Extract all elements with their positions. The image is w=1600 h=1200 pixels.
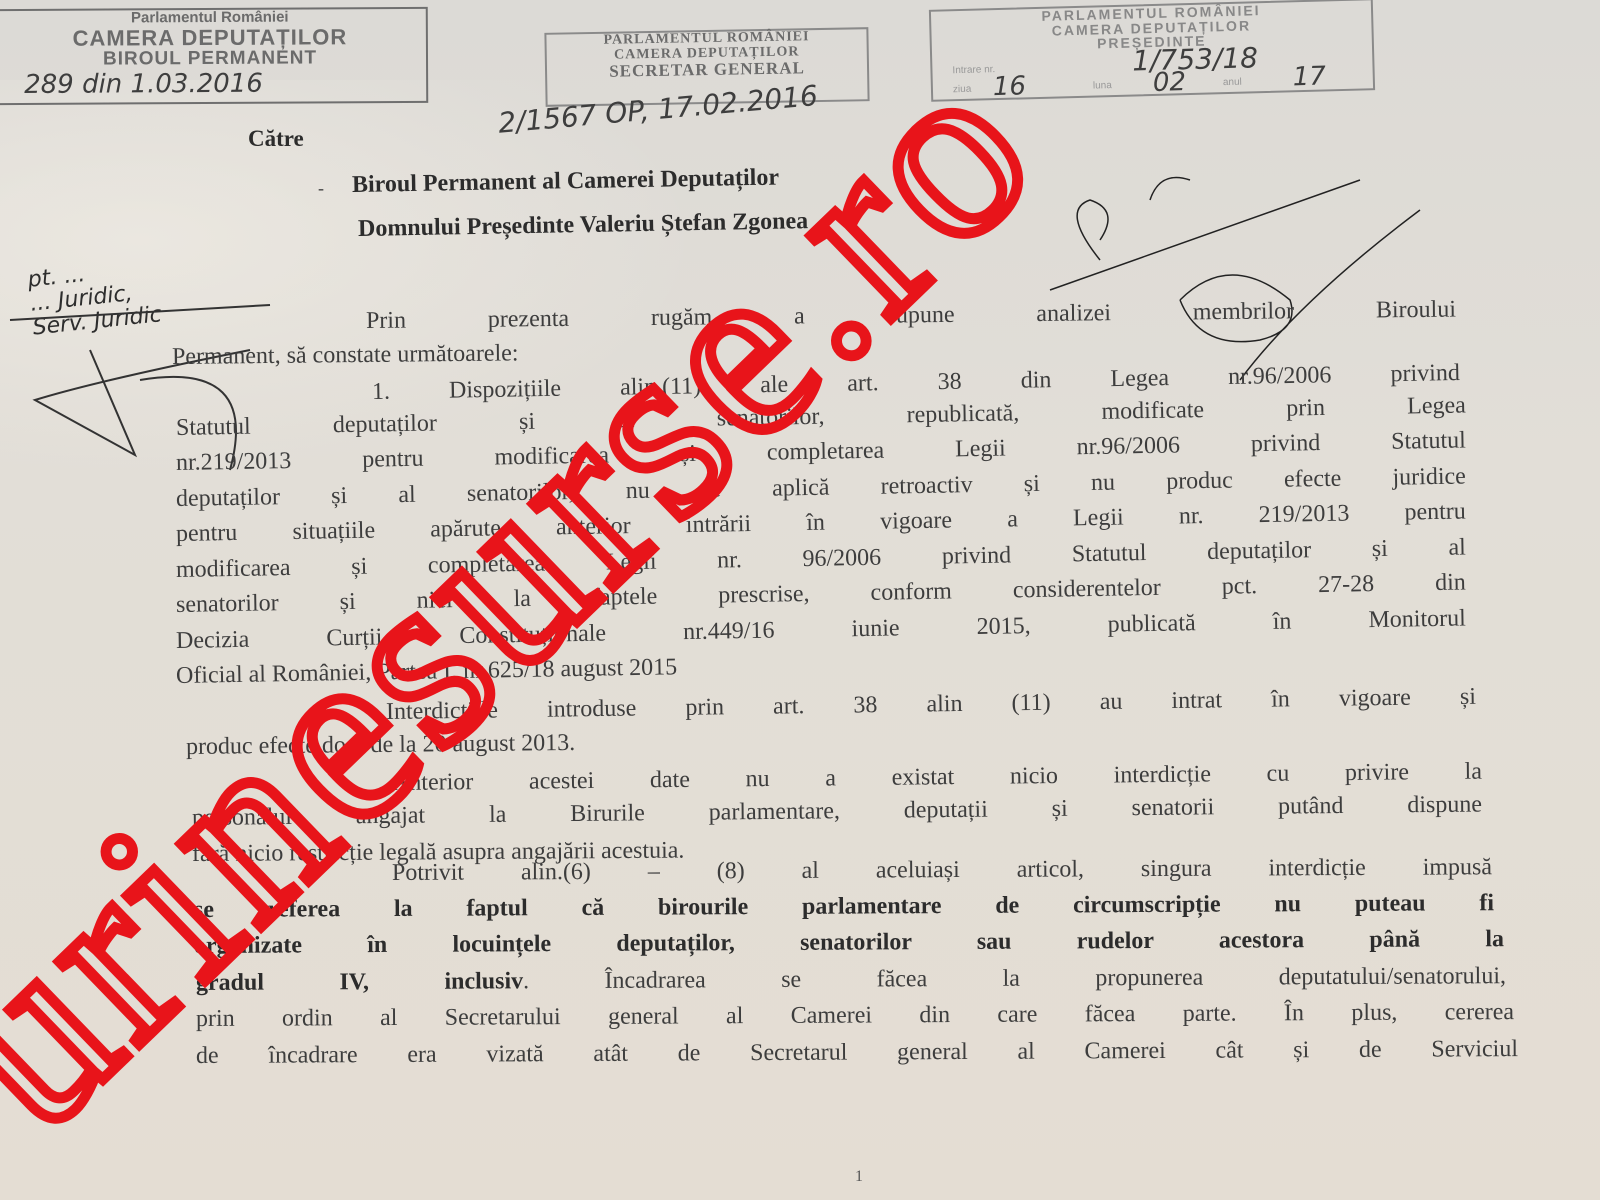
text: prin ordin al Secretarului general al Ca… [196, 999, 1514, 1032]
document-photo: Parlamentul României CAMERA DEPUTAȚILOR … [0, 0, 1600, 1200]
text: . Încadrarea se făcea la propunerea depu… [523, 963, 1506, 994]
body-text-line: Permanent, să constate următoarele: [172, 340, 519, 371]
body-text-line: Potrivit alin.(6) – (8) al aceluiași art… [392, 854, 1492, 887]
bold-text: organizate în locuințele deputaților, se… [194, 926, 1504, 959]
text: Potrivit alin.(6) – (8) al aceluiași art… [392, 854, 1492, 886]
body-text-line: produc efecte doar de la 20 august 2013. [186, 730, 575, 761]
bold-text: gradul IV, inclusiv [196, 968, 523, 996]
page-number: 1 [855, 1168, 863, 1186]
